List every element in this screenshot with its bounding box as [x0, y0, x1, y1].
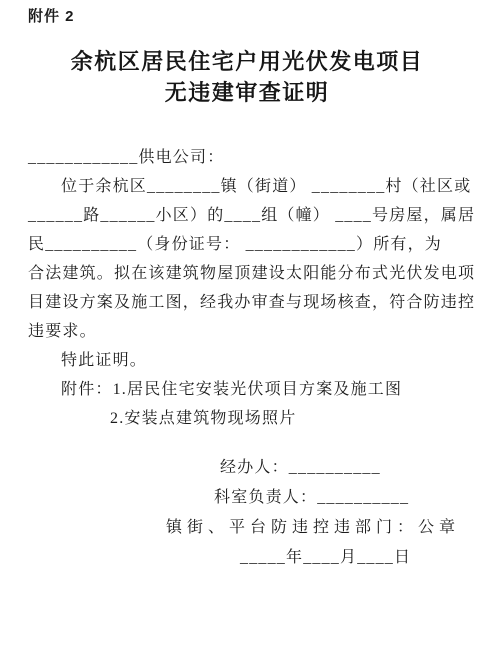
handler-signature-line: 经办人：__________	[220, 453, 466, 483]
location-line-1: 位于余杭区________镇（街道） ________村（社区或	[28, 172, 466, 201]
certify-line: 特此证明。	[28, 346, 466, 375]
attachment-item-1: 附件：1.居民住宅安装光伏项目方案及施工图	[28, 375, 466, 404]
title-line-1: 余杭区居民住宅户用光伏发电项目	[28, 46, 466, 77]
document-body: ____________供电公司： 位于余杭区________镇（街道） ___…	[28, 143, 466, 433]
attachment-label: 附件 2	[28, 8, 466, 26]
signature-block: 经办人：__________ 科室负责人：__________ 镇街、平台防违控…	[28, 453, 466, 573]
date-line: _____年____月____日	[240, 543, 466, 573]
authority-seal-line: 镇街、平台防违控违部门：公章	[166, 513, 466, 543]
document-title: 余杭区居民住宅户用光伏发电项目 无违建审查证明	[28, 46, 466, 108]
attachment-item-2: 2.安装点建筑物现场照片	[28, 404, 466, 433]
section-manager-signature-line: 科室负责人：__________	[214, 483, 466, 513]
certificate-document: 附件 2 余杭区居民住宅户用光伏发电项目 无违建审查证明 ___________…	[0, 0, 488, 667]
salutation-line: ____________供电公司：	[28, 143, 466, 172]
statement-line-1: 合法建筑。拟在该建筑物屋顶建设太阳能分布式光伏发电项	[28, 259, 466, 288]
statement-line-3: 违要求。	[28, 317, 466, 346]
statement-line-2: 目建设方案及施工图，经我办审查与现场核查，符合防违控	[28, 288, 466, 317]
title-line-2: 无违建审查证明	[28, 77, 466, 108]
location-line-2: ______路______小区）的____组（幢） ____号房屋，属居	[28, 201, 466, 230]
owner-line: 民__________（身份证号： ____________）所有，为	[28, 230, 466, 259]
